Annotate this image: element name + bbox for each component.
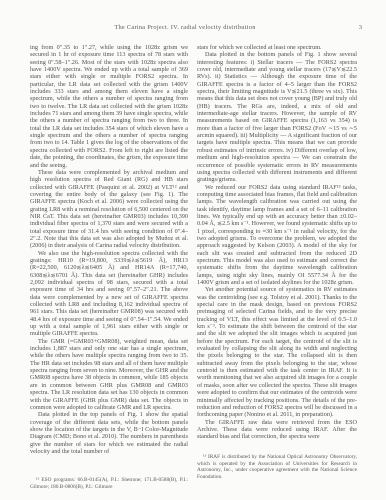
paragraph: The GIRAFFE raw data were retrieved from… xyxy=(197,419,357,441)
footnote-eso-programs: ¹² ESO programs: 66.B-0145(A), P.I.: She… xyxy=(30,477,188,497)
paragraph: These data were complemented by archival… xyxy=(30,169,188,250)
page-number: 3 xyxy=(359,24,362,31)
scanned-page-content: The Carina Project. IV. radial velocity … xyxy=(0,0,386,500)
paragraph: We reduced our FORS2 data using standard… xyxy=(197,184,357,287)
footnote-text: ¹³ IRAF is distributed by the National O… xyxy=(197,454,357,480)
running-title: The Carina Project. IV. radial velocity … xyxy=(40,24,330,31)
paper-page: The Carina Project. IV. radial velocity … xyxy=(0,0,386,500)
right-column: stars for which we collected at least on… xyxy=(197,44,357,450)
paragraph: Data plotted in the top panels of Fig. 1… xyxy=(30,411,188,455)
left-column: ing from 0″.35 to 1″.27, while using the… xyxy=(30,44,188,474)
footnote-text: ¹² ESO programs: 66.B-0145(A), P.I.: She… xyxy=(30,477,188,490)
paragraph: Data plotted in the bottom panels of Fig… xyxy=(197,51,357,183)
footnote-iraf: ¹³ IRAF is distributed by the National O… xyxy=(197,454,357,488)
paragraph: The GMR (=GMR03+GMR08), weighted mean, d… xyxy=(30,338,188,411)
paragraph: We also use the high-resolution spectra … xyxy=(30,250,188,338)
paragraph: Yet another potential source of systemat… xyxy=(197,286,357,418)
paragraph: stars for which we collected at least on… xyxy=(197,44,357,51)
paragraph: ing from 0″.35 to 1″.27, while using the… xyxy=(30,44,188,169)
